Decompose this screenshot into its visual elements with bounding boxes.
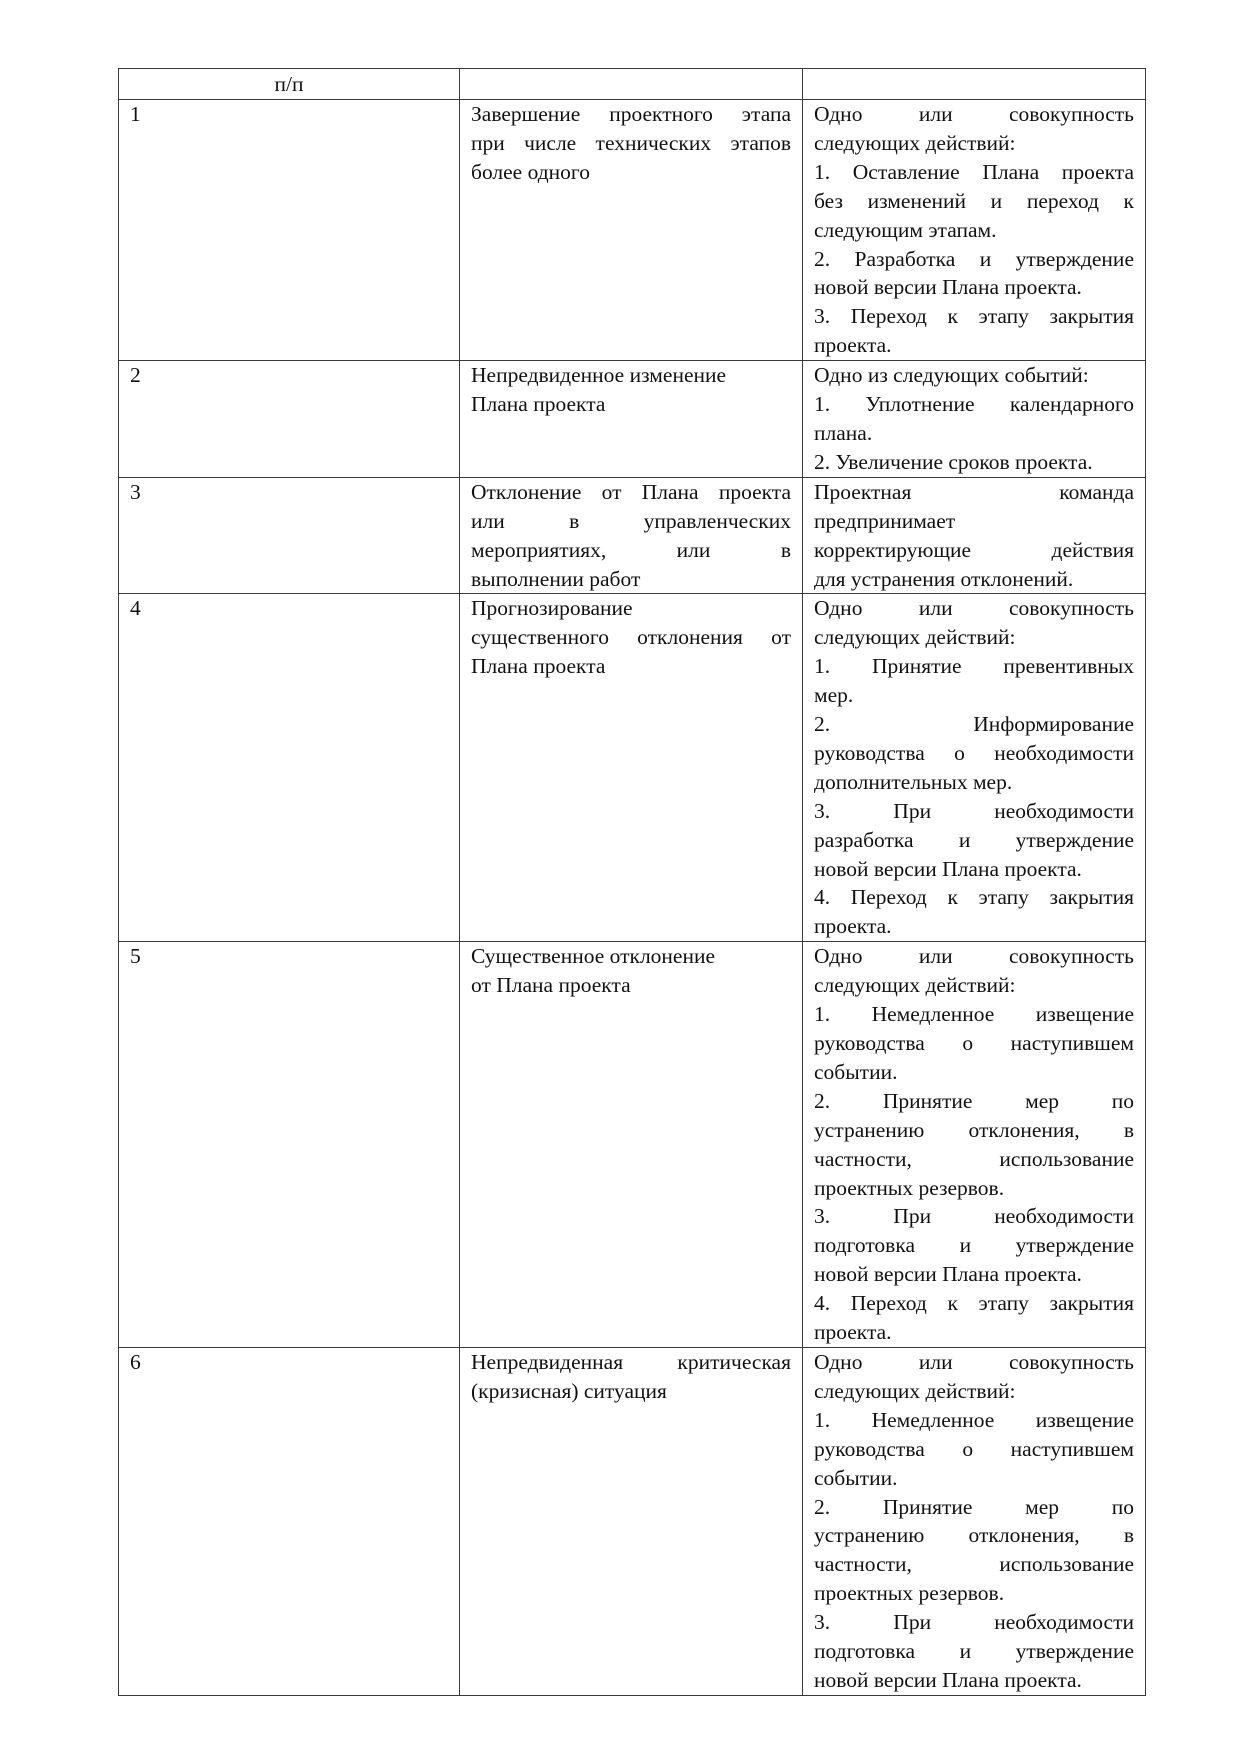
- cell-text-line: мероприятиях, или в: [471, 536, 791, 565]
- cell-text-line: разработка и утверждение: [814, 826, 1134, 855]
- cell-text-line: для устранения отклонений.: [814, 565, 1134, 594]
- cell-text-line: проектных резервов.: [814, 1579, 1134, 1608]
- document-page: п/п 1 Завершение проектного этапапри чис…: [0, 0, 1240, 1755]
- event-cell: Существенное отклонениеот Плана проекта: [460, 942, 803, 1348]
- cell-text-line: руководства о наступившем: [814, 1029, 1134, 1058]
- cell-text-line: плана.: [814, 419, 1134, 448]
- cell-text-line: 1. Немедленное извещение: [814, 1406, 1134, 1435]
- cell-text-line: дополнительных мер.: [814, 768, 1134, 797]
- cell-text-line: предпринимает: [814, 507, 1134, 536]
- cell-text-line: следующих действий:: [814, 129, 1134, 158]
- cell-text-line: следующих действий:: [814, 1377, 1134, 1406]
- header-event: [460, 69, 803, 100]
- cell-text-line: 2. Принятие мер по: [814, 1087, 1134, 1116]
- action-cell: Одно из следующих событий:1. Уплотнение …: [803, 361, 1146, 478]
- cell-text-line: 2. Принятие мер по: [814, 1493, 1134, 1522]
- cell-text-line: 4. Переход к этапу закрытия: [814, 1289, 1134, 1318]
- cell-text-line: проектных резервов.: [814, 1174, 1134, 1203]
- cell-text-line: частности, использование: [814, 1145, 1134, 1174]
- cell-text-line: новой версии Плана проекта.: [814, 273, 1134, 302]
- cell-text-line: Завершение проектного этапа: [471, 100, 791, 129]
- cell-text-line: следующим этапам.: [814, 216, 1134, 245]
- header-action: [803, 69, 1146, 100]
- event-cell: Непредвиденное изменениеПлана проекта: [460, 361, 803, 478]
- cell-text-line: 3. Переход к этапу закрытия: [814, 302, 1134, 331]
- cell-text-line: новой версии Плана проекта.: [814, 1666, 1134, 1695]
- table-row: 1 Завершение проектного этапапри числе т…: [119, 100, 1146, 361]
- events-actions-table: п/п 1 Завершение проектного этапапри чис…: [118, 68, 1146, 1696]
- cell-text-line: Одно или совокупность: [814, 100, 1134, 129]
- action-cell: Одно или совокупностьследующих действий:…: [803, 942, 1146, 1348]
- cell-text-line: выполнении работ: [471, 565, 791, 594]
- cell-text-line: проекта.: [814, 912, 1134, 941]
- cell-text-line: Прогнозирование: [471, 594, 791, 623]
- event-cell: Прогнозированиесущественного отклонения …: [460, 594, 803, 942]
- cell-text-line: 2. Увеличение сроков проекта.: [814, 448, 1134, 477]
- cell-text-line: без изменений и переход к: [814, 187, 1134, 216]
- cell-text-line: 3. При необходимости: [814, 797, 1134, 826]
- cell-text-line: 3. При необходимости: [814, 1202, 1134, 1231]
- action-cell: Одно или совокупностьследующих действий:…: [803, 100, 1146, 361]
- cell-text-line: 1. Немедленное извещение: [814, 1000, 1134, 1029]
- cell-text-line: руководства о необходимости: [814, 739, 1134, 768]
- row-number: 2: [119, 361, 460, 478]
- cell-text-line: руководства о наступившем: [814, 1435, 1134, 1464]
- cell-text-line: подготовка и утверждение: [814, 1637, 1134, 1666]
- cell-text-line: Одно или совокупность: [814, 942, 1134, 971]
- cell-text-line: корректирующие действия: [814, 536, 1134, 565]
- cell-text-line: 1. Принятие превентивных: [814, 652, 1134, 681]
- cell-text-line: Отклонение от Плана проекта: [471, 478, 791, 507]
- cell-text-line: Одно или совокупность: [814, 1348, 1134, 1377]
- cell-text-line: 3. При необходимости: [814, 1608, 1134, 1637]
- cell-text-line: Непредвиденное изменение: [471, 361, 791, 390]
- cell-text-line: при числе технических этапов: [471, 129, 791, 158]
- table-row: 4 Прогнозированиесущественного отклонени…: [119, 594, 1146, 942]
- cell-text-line: устранению отклонения, в: [814, 1116, 1134, 1145]
- table-header-row: п/п: [119, 69, 1146, 100]
- cell-text-line: событии.: [814, 1464, 1134, 1493]
- cell-text-line: 1. Оставление Плана проекта: [814, 158, 1134, 187]
- action-cell: Одно или совокупностьследующих действий:…: [803, 1347, 1146, 1695]
- cell-text-line: следующих действий:: [814, 971, 1134, 1000]
- cell-text-line: следующих действий:: [814, 623, 1134, 652]
- cell-text-line: 1. Уплотнение календарного: [814, 390, 1134, 419]
- cell-text-line: частности, использование: [814, 1550, 1134, 1579]
- cell-text-line: Плана проекта: [471, 390, 791, 419]
- cell-text-line: Непредвиденная критическая: [471, 1348, 791, 1377]
- row-number: 6: [119, 1347, 460, 1695]
- cell-text-line: Существенное отклонение: [471, 942, 791, 971]
- action-cell: Одно или совокупностьследующих действий:…: [803, 594, 1146, 942]
- cell-text-line: новой версии Плана проекта.: [814, 855, 1134, 884]
- cell-text-line: Одно из следующих событий:: [814, 361, 1134, 390]
- cell-text-line: устранению отклонения, в: [814, 1521, 1134, 1550]
- cell-text-line: проекта.: [814, 1318, 1134, 1347]
- row-number: 3: [119, 477, 460, 594]
- event-cell: Непредвиденная критическая(кризисная) си…: [460, 1347, 803, 1695]
- cell-text-line: мер.: [814, 681, 1134, 710]
- header-number: п/п: [119, 69, 460, 100]
- row-number: 1: [119, 100, 460, 361]
- table-row: 5 Существенное отклонениеот Плана проект…: [119, 942, 1146, 1348]
- cell-text-line: Проектная команда: [814, 478, 1134, 507]
- table-row: 2 Непредвиденное изменениеПлана проекта …: [119, 361, 1146, 478]
- table-row: 3 Отклонение от Плана проектаили в управ…: [119, 477, 1146, 594]
- cell-text-line: существенного отклонения от: [471, 623, 791, 652]
- cell-text-line: Плана проекта: [471, 652, 791, 681]
- cell-text-line: 4. Переход к этапу закрытия: [814, 883, 1134, 912]
- row-number: 4: [119, 594, 460, 942]
- cell-text-line: от Плана проекта: [471, 971, 791, 1000]
- cell-text-line: 2. Разработка и утверждение: [814, 245, 1134, 274]
- cell-text-line: 2. Информирование: [814, 710, 1134, 739]
- row-number: 5: [119, 942, 460, 1348]
- cell-text-line: или в управленческих: [471, 507, 791, 536]
- event-cell: Завершение проектного этапапри числе тех…: [460, 100, 803, 361]
- cell-text-line: (кризисная) ситуация: [471, 1377, 791, 1406]
- table-row: 6 Непредвиденная критическая(кризисная) …: [119, 1347, 1146, 1695]
- event-cell: Отклонение от Плана проектаили в управле…: [460, 477, 803, 594]
- cell-text-line: подготовка и утверждение: [814, 1231, 1134, 1260]
- cell-text-line: событии.: [814, 1058, 1134, 1087]
- cell-text-line: новой версии Плана проекта.: [814, 1260, 1134, 1289]
- action-cell: Проектная командапредпринимаеткорректиру…: [803, 477, 1146, 594]
- cell-text-line: более одного: [471, 158, 791, 187]
- cell-text-line: проекта.: [814, 331, 1134, 360]
- cell-text-line: Одно или совокупность: [814, 594, 1134, 623]
